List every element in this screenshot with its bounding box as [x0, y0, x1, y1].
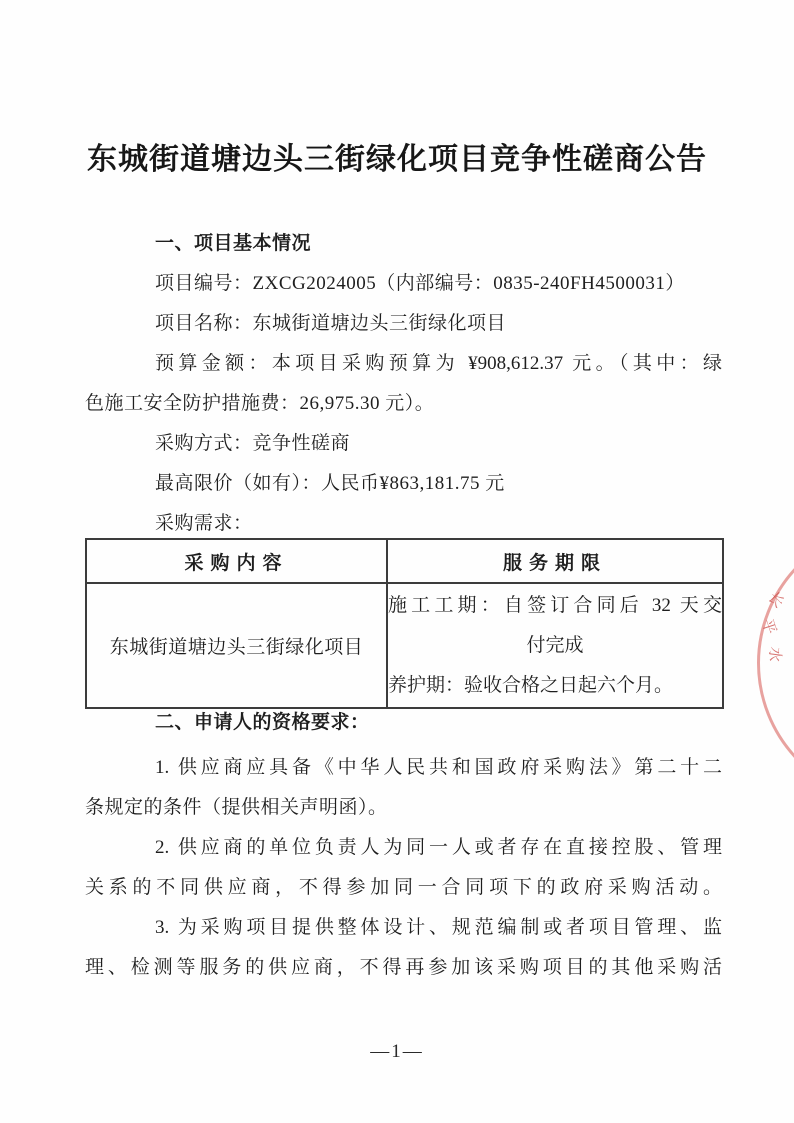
service-period-line-2: 付完成 — [388, 626, 722, 666]
qualification-3-line-1: 3. 为采购项目提供整体设计、规范编制或者项目管理、监 — [155, 908, 722, 948]
qualification-2-line-2: 关系的不同供应商，不得参加同一合同项下的政府采购活动。 — [85, 868, 722, 908]
procurement-table: 采购内容 服务期限 东城街道塘边头三街绿化项目 施工工期：自签订合同后 32 天… — [85, 538, 724, 709]
project-number-line: 项目编号：ZXCG2024005（内部编号：0835-240FH4500031） — [155, 264, 722, 304]
section2-heading: 二、申请人的资格要求： — [155, 703, 722, 743]
qualification-1-line-1: 1. 供应商应具备《中华人民共和国政府采购法》第二十二 — [155, 748, 722, 788]
price-cap-line: 最高限价（如有）：人民币¥863,181.75 元 — [155, 464, 722, 504]
page-number: —1— — [0, 1036, 794, 1068]
qualification-1-line-2: 条规定的条件（提供相关声明函）。 — [85, 788, 722, 828]
service-period-line-3: 养护期：验收合格之日起六个月。 — [388, 666, 722, 706]
project-name-line: 项目名称：东城街道塘边头三街绿化项目 — [155, 304, 722, 344]
document-page: 东城街道塘边头三街绿化项目竞争性磋商公告 一、项目基本情况 项目编号：ZXCG2… — [0, 0, 794, 1123]
section1-heading: 一、项目基本情况 — [155, 224, 722, 264]
table-header-row: 采购内容 服务期限 — [86, 539, 723, 583]
seal-glyph-icon: 水 — [764, 646, 787, 663]
official-seal-icon — [757, 523, 794, 803]
table-header-content: 采购内容 — [86, 539, 387, 583]
document-title: 东城街道塘边头三街绿化项目竞争性磋商公告 — [0, 134, 794, 186]
table-cell-content: 东城街道塘边头三街绿化项目 — [86, 583, 387, 708]
budget-line-1: 预算金额：本项目采购预算为 ¥908,612.37 元。（其中：绿 — [155, 344, 722, 384]
table-header-period: 服务期限 — [387, 539, 723, 583]
qualification-2-line-1: 2. 供应商的单位负责人为同一人或者存在直接控股、管理 — [155, 828, 722, 868]
service-period-line-1: 施工工期：自签订合同后 32 天交 — [388, 586, 722, 626]
budget-line-2: 色施工安全防护措施费：26,975.30 元）。 — [85, 384, 722, 424]
table-row: 东城街道塘边头三街绿化项目 施工工期：自签订合同后 32 天交 付完成 养护期：… — [86, 583, 723, 708]
procurement-method-line: 采购方式：竞争性磋商 — [155, 424, 722, 464]
qualification-3-line-2: 理、检测等服务的供应商，不得再参加该采购项目的其他采购活 — [85, 948, 722, 988]
table-cell-period: 施工工期：自签订合同后 32 天交 付完成 养护期：验收合格之日起六个月。 — [387, 583, 723, 708]
